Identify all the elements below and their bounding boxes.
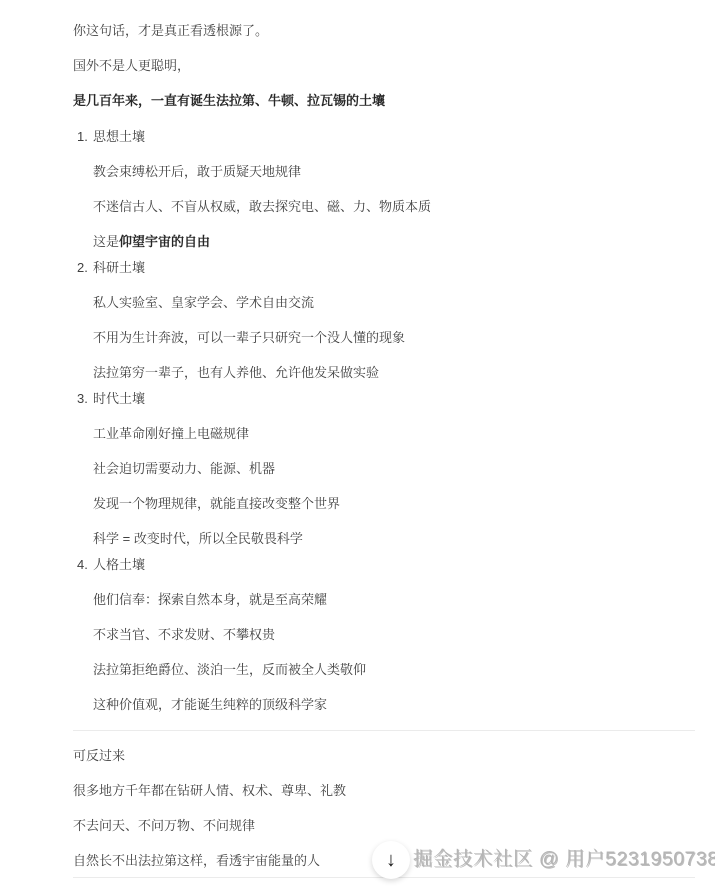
article: 你这句话，才是真正看透根源了。国外不是人更聪明，是几百年来，一直有诞生法拉第、牛… [0, 0, 715, 878]
list-paragraph: 工业革命刚好撞上电磁规律 [93, 424, 695, 444]
list-item: 3.时代土壤工业革命刚好撞上电磁规律社会迫切需要动力、能源、机器发现一个物理规律… [73, 389, 695, 549]
list-paragraph: 不迷信古人、不盲从权威，敢去探究电、磁、力、物质本质 [93, 197, 695, 217]
list-paragraph: 法拉第穷一辈子，也有人养他、允许他发呆做实验 [93, 363, 695, 383]
list-item-number: 3. [77, 389, 88, 409]
paragraph: 很多地方千年都在钻研人情、权术、尊卑、礼教 [73, 781, 695, 801]
text: 这是 [93, 234, 119, 249]
list-item-number: 1. [77, 127, 88, 147]
text: 发现一个物理规律，就能直接改变整个世界 [93, 496, 340, 511]
paragraph: 不去问天、不问万物、不问规律 [73, 816, 695, 836]
text: 私人实验室、皇家学会、学术自由交流 [93, 295, 314, 310]
text: 你这句话，才是真正看透根源了。 [73, 23, 268, 38]
paragraph: 是几百年来，一直有诞生法拉第、牛顿、拉瓦锡的土壤 [73, 91, 695, 111]
paragraph: 可反过来 [73, 746, 695, 766]
text: 科学 = 改变时代，所以全民敬畏科学 [93, 531, 303, 546]
list-paragraph: 私人实验室、皇家学会、学术自由交流 [93, 293, 695, 313]
list-item: 1.思想土壤教会束缚松开后，敢于质疑天地规律不迷信古人、不盲从权威，敢去探究电、… [73, 127, 695, 252]
list-paragraph: 这是仰望宇宙的自由 [93, 232, 695, 252]
list-paragraph: 社会迫切需要动力、能源、机器 [93, 459, 695, 479]
list-paragraph: 他们信奉：探索自然本身，就是至高荣耀 [93, 590, 695, 610]
list-item: 4.人格土壤他们信奉：探索自然本身，就是至高荣耀不求当官、不求发财、不攀权贵法拉… [73, 555, 695, 715]
text: 他们信奉：探索自然本身，就是至高荣耀 [93, 592, 327, 607]
text: 教会束缚松开后，敢于质疑天地规律 [93, 164, 301, 179]
ordered-list: 1.思想土壤教会束缚松开后，敢于质疑天地规律不迷信古人、不盲从权威，敢去探究电、… [73, 127, 695, 715]
text: 社会迫切需要动力、能源、机器 [93, 461, 275, 476]
text: 不用为生计奔波，可以一辈子只研究一个没人懂的现象 [93, 330, 405, 345]
paragraph: 你这句话，才是真正看透根源了。 [73, 21, 695, 41]
list-paragraph: 科学 = 改变时代，所以全民敬畏科学 [93, 529, 695, 549]
list-item: 2.科研土壤私人实验室、皇家学会、学术自由交流不用为生计奔波，可以一辈子只研究一… [73, 258, 695, 383]
list-item-title: 时代土壤 [93, 389, 695, 409]
paragraph: 国外不是人更聪明， [73, 56, 695, 76]
list-item-number: 2. [77, 258, 88, 278]
list-item-title: 科研土壤 [93, 258, 695, 278]
list-item-title: 人格土壤 [93, 555, 695, 575]
text: 法拉第拒绝爵位、淡泊一生，反而被全人类敬仰 [93, 662, 366, 677]
list-paragraph: 不求当官、不求发财、不攀权贵 [93, 625, 695, 645]
text: 可反过来 [73, 748, 125, 763]
divider [73, 730, 695, 731]
text: 不迷信古人、不盲从权威，敢去探究电、磁、力、物质本质 [93, 199, 431, 214]
text: 工业革命刚好撞上电磁规律 [93, 426, 249, 441]
list-paragraph: 教会束缚松开后，敢于质疑天地规律 [93, 162, 695, 182]
text: 不求当官、不求发财、不攀权贵 [93, 627, 275, 642]
text: 国外不是人更聪明， [73, 58, 190, 73]
bold-text: 是几百年来，一直有诞生法拉第、牛顿、拉瓦锡的土壤 [73, 93, 385, 108]
list-paragraph: 法拉第拒绝爵位、淡泊一生，反而被全人类敬仰 [93, 660, 695, 680]
list-paragraph: 发现一个物理规律，就能直接改变整个世界 [93, 494, 695, 514]
bold-text: 仰望宇宙的自由 [119, 234, 210, 249]
text: 自然长不出法拉第这样，看透宇宙能量的人 [73, 853, 320, 868]
scroll-to-bottom-button[interactable]: ↓ [372, 841, 410, 879]
text: 很多地方千年都在钻研人情、权术、尊卑、礼教 [73, 783, 346, 798]
list-item-title: 思想土壤 [93, 127, 695, 147]
watermark-text: 掘金技术社区 @ 用户52319507387 [413, 846, 715, 872]
list-paragraph: 不用为生计奔波，可以一辈子只研究一个没人懂的现象 [93, 328, 695, 348]
down-arrow-icon: ↓ [386, 850, 396, 870]
text: 法拉第穷一辈子，也有人养他、允许他发呆做实验 [93, 365, 379, 380]
list-item-number: 4. [77, 555, 88, 575]
list-paragraph: 这种价值观，才能诞生纯粹的顶级科学家 [93, 695, 695, 715]
text: 不去问天、不问万物、不问规律 [73, 818, 255, 833]
text: 这种价值观，才能诞生纯粹的顶级科学家 [93, 697, 327, 712]
